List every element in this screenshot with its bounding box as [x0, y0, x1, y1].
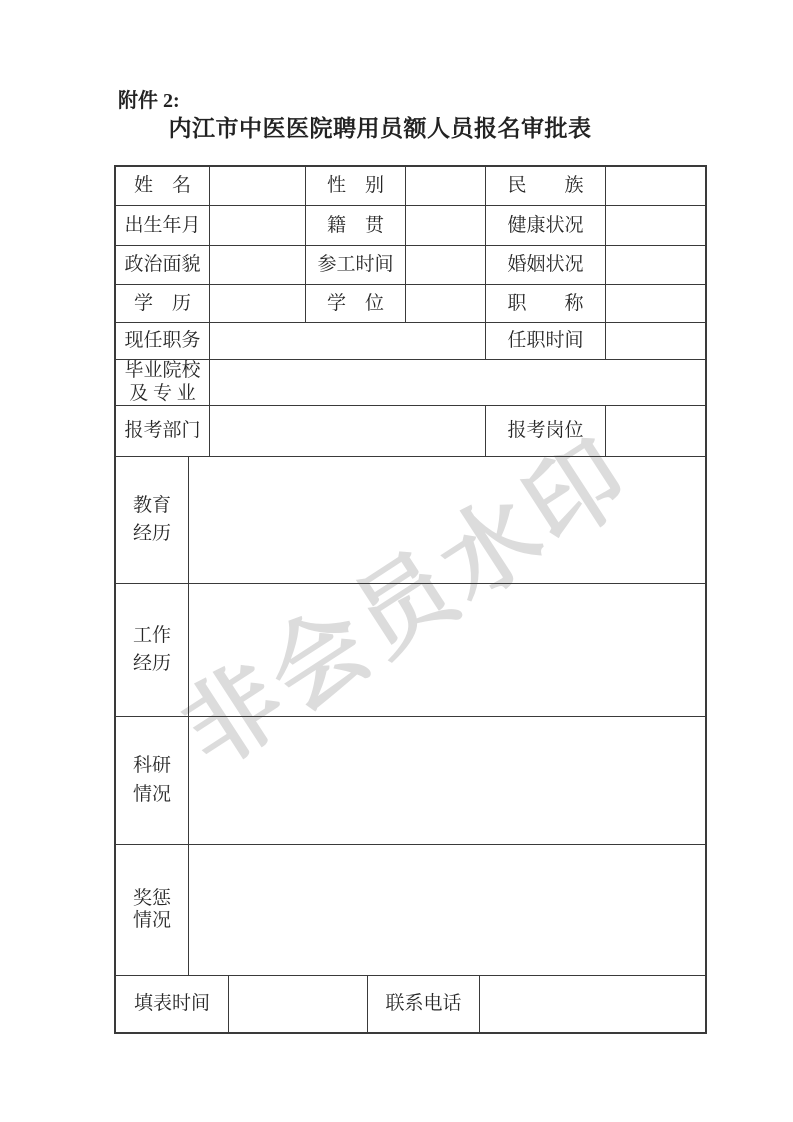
field-value-work-experience	[188, 584, 705, 716]
field-label-current-position: 现任职务	[116, 323, 209, 359]
field-label-ethnicity: 民 族	[485, 167, 605, 205]
field-value-ethnicity	[605, 167, 705, 205]
field-label-political-status: 政治面貌	[116, 246, 209, 284]
field-label-native-place: 籍 贯	[305, 206, 405, 245]
table-row: 填表时间 联系电话	[116, 975, 705, 1032]
field-value-native-place	[405, 206, 485, 245]
field-label-work-experience: 工作 经历	[116, 584, 188, 716]
page-title: 内江市中医医院聘用员额人员报名审批表	[118, 110, 642, 143]
table-row: 工作 经历	[116, 583, 705, 716]
field-label-apply-department: 报考部门	[116, 406, 209, 456]
field-value-rewards-punishments	[188, 845, 705, 975]
field-value-marital-status	[605, 246, 705, 284]
table-row: 政治面貌 参工时间 婚姻状况	[116, 245, 705, 284]
application-form-table: 姓 名 性 别 民 族 出生年月 籍 贯 健康状况 政治面貌 参工时间 婚姻状况	[114, 165, 707, 1034]
field-label-name: 姓 名	[116, 167, 209, 205]
table-row: 教育 经历	[116, 456, 705, 583]
field-label-gender: 性 别	[305, 167, 405, 205]
field-label-tenure-time: 任职时间	[485, 323, 605, 359]
table-row: 毕业院校 及 专 业	[116, 359, 705, 405]
field-value-birth-date	[209, 206, 305, 245]
table-row: 学 历 学 位 职 称	[116, 284, 705, 322]
field-value-work-start-time	[405, 246, 485, 284]
field-value-fill-date	[228, 976, 367, 1032]
field-value-education-level	[209, 285, 305, 322]
field-value-research-situation	[188, 717, 705, 844]
field-value-tenure-time	[605, 323, 705, 359]
document-page: 非会员水印 附件 2: 内江市中医医院聘用员额人员报名审批表 姓 名 性 别 民…	[0, 0, 793, 1122]
field-value-name	[209, 167, 305, 205]
field-label-degree: 学 位	[305, 285, 405, 322]
field-label-contact-phone: 联系电话	[367, 976, 479, 1032]
field-value-current-position	[209, 323, 485, 359]
field-label-rewards-punishments: 奖惩 情况	[116, 845, 188, 975]
attachment-label: 附件 2:	[118, 84, 180, 113]
field-label-education-experience: 教育 经历	[116, 457, 188, 583]
field-value-school-major	[209, 360, 705, 405]
field-label-health: 健康状况	[485, 206, 605, 245]
field-value-contact-phone	[479, 976, 705, 1032]
field-label-birth-date: 出生年月	[116, 206, 209, 245]
table-row: 报考部门 报考岗位	[116, 405, 705, 456]
field-label-education-level: 学 历	[116, 285, 209, 322]
field-value-apply-department	[209, 406, 485, 456]
field-value-professional-title	[605, 285, 705, 322]
table-row: 科研 情况	[116, 716, 705, 844]
field-label-research-situation: 科研 情况	[116, 717, 188, 844]
table-row: 姓 名 性 别 民 族	[116, 167, 705, 205]
field-label-apply-position: 报考岗位	[485, 406, 605, 456]
table-row: 现任职务 任职时间	[116, 322, 705, 359]
table-row: 奖惩 情况	[116, 844, 705, 975]
field-label-marital-status: 婚姻状况	[485, 246, 605, 284]
field-value-health	[605, 206, 705, 245]
field-value-education-experience	[188, 457, 705, 583]
field-label-school-major: 毕业院校 及 专 业	[116, 360, 209, 405]
field-value-degree	[405, 285, 485, 322]
field-value-gender	[405, 167, 485, 205]
field-value-apply-position	[605, 406, 705, 456]
field-label-work-start-time: 参工时间	[305, 246, 405, 284]
field-label-professional-title: 职 称	[485, 285, 605, 322]
table-row: 出生年月 籍 贯 健康状况	[116, 205, 705, 245]
field-label-fill-date: 填表时间	[116, 976, 228, 1032]
field-value-political-status	[209, 246, 305, 284]
